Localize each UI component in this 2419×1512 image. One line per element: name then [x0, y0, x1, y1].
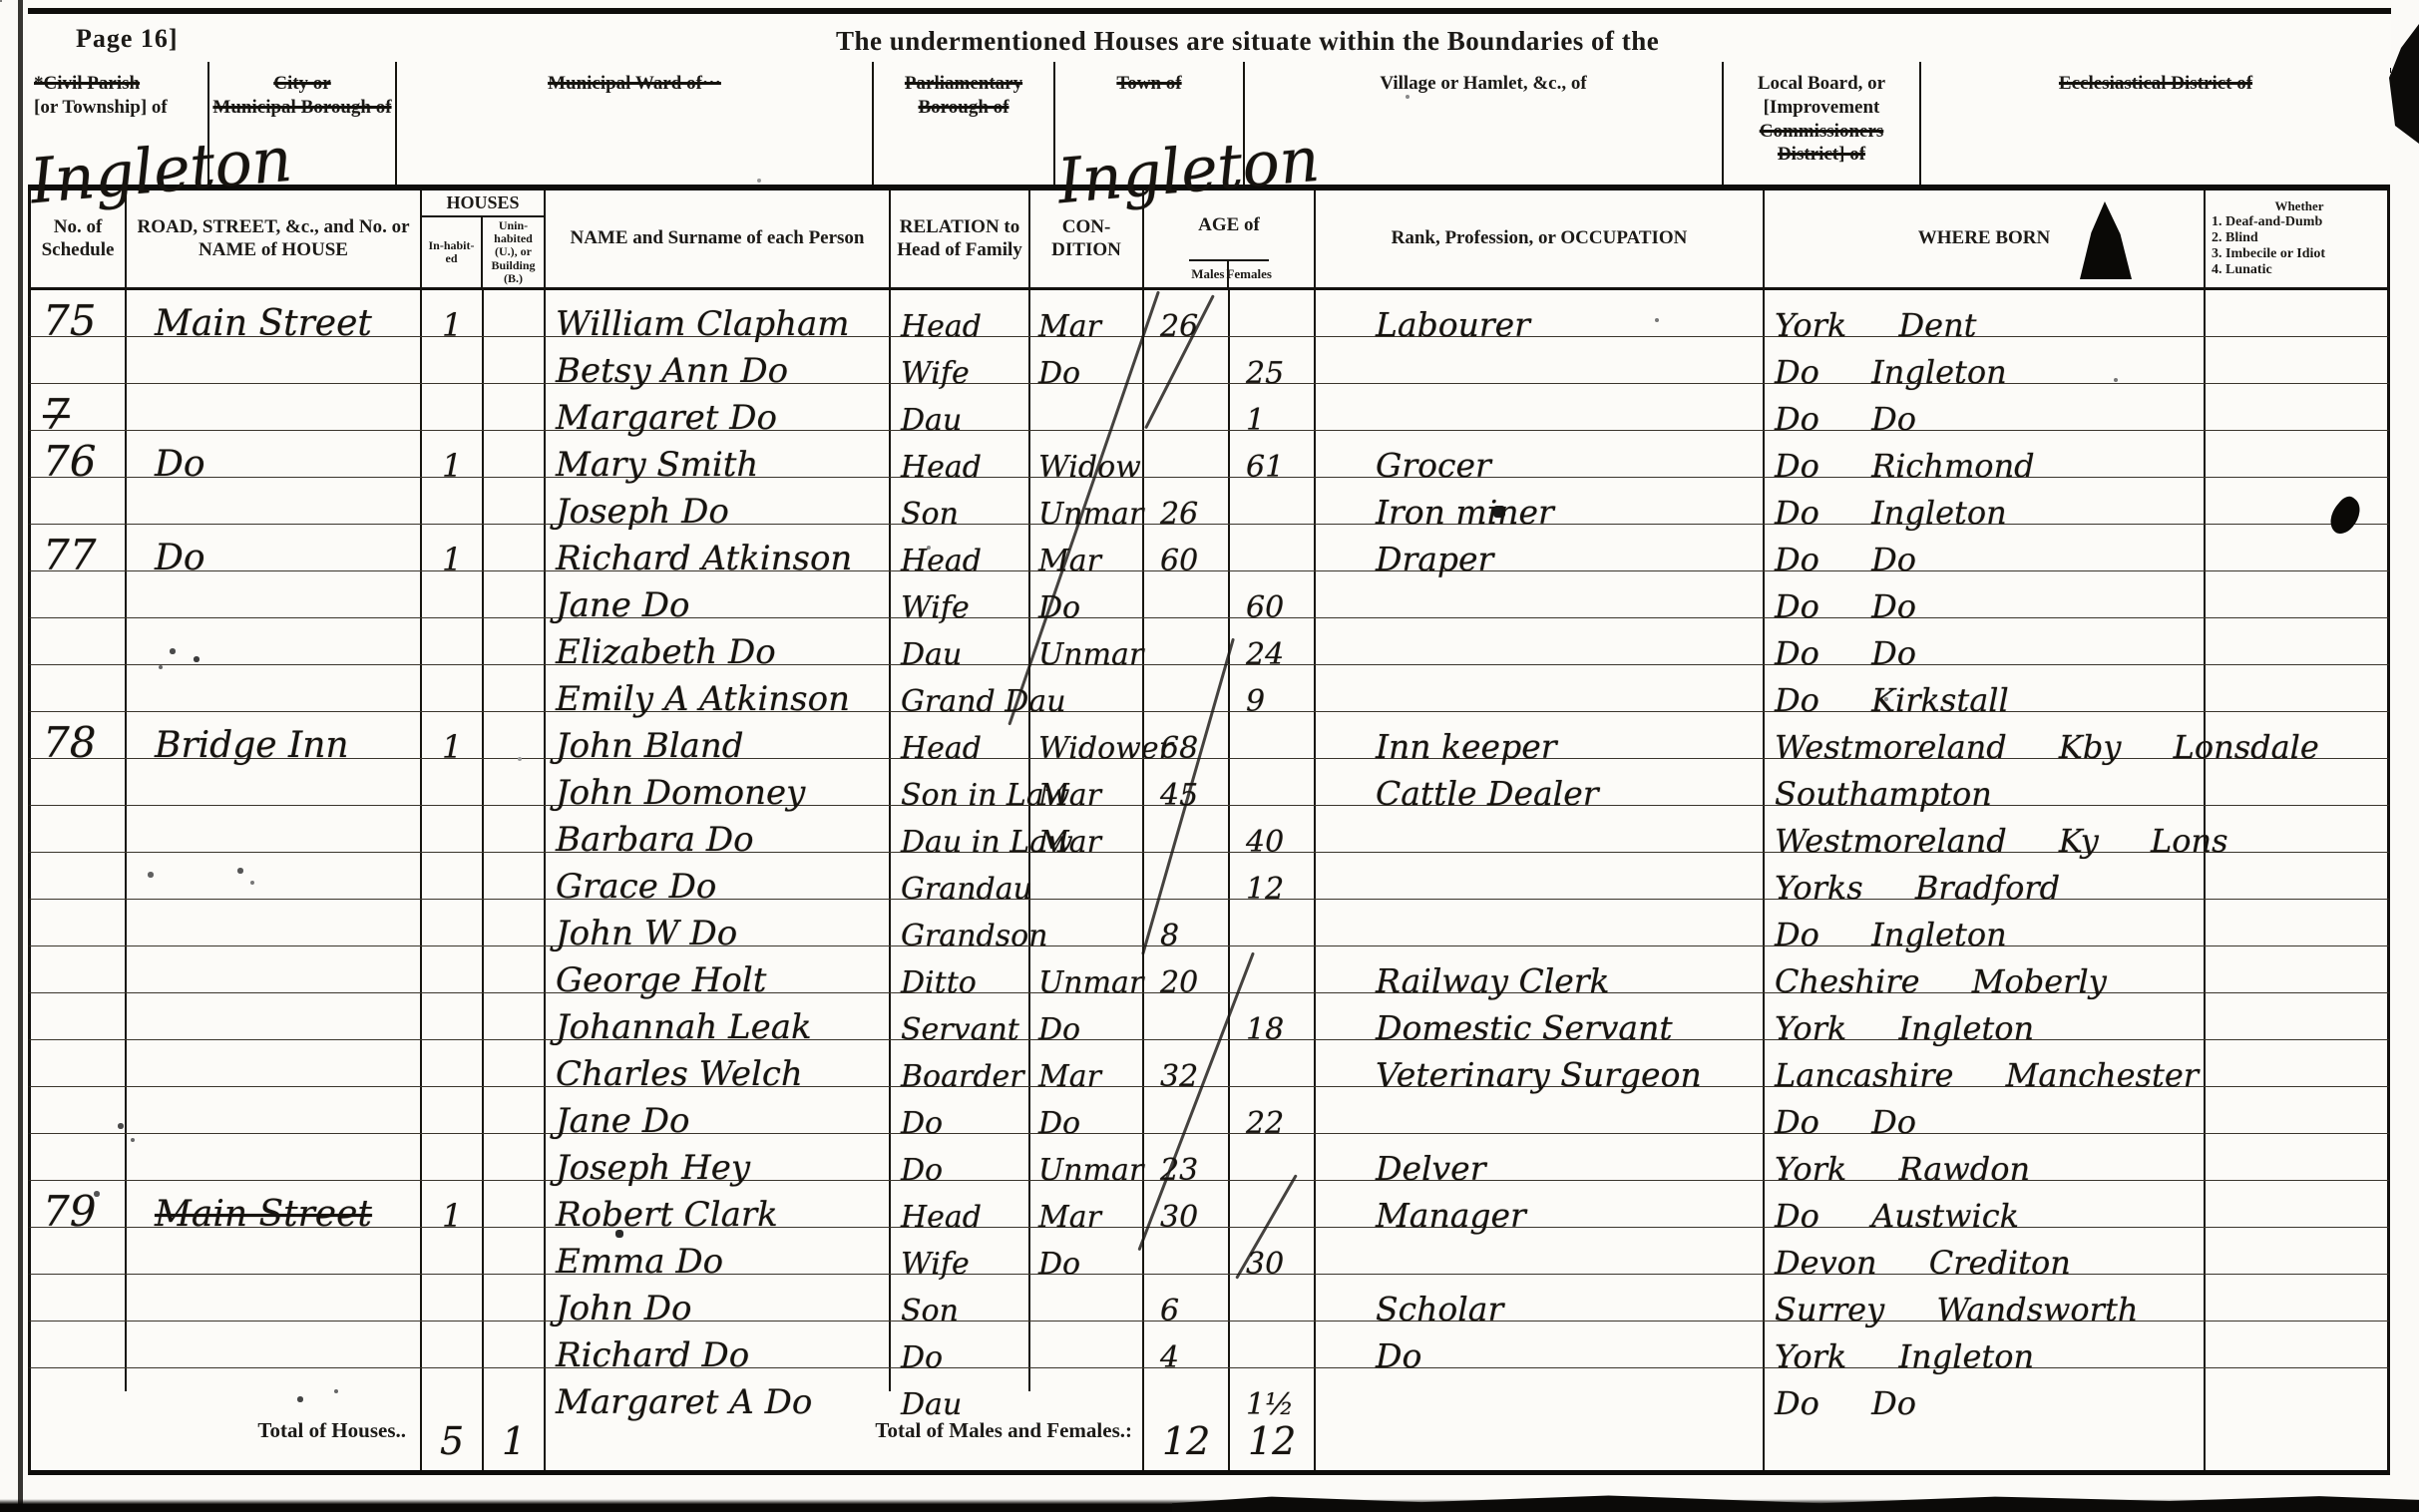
condition-cell-value: Mar	[1030, 1204, 1101, 1231]
district-header-label: Local Board, or [ImprovementCommissioner…	[1724, 72, 1919, 167]
inhabited-cell-value: 1	[422, 452, 462, 481]
uninhabited-cell	[484, 431, 546, 477]
road-cell	[127, 1040, 422, 1086]
district-header-label: Ecclesiastical District of	[1921, 72, 2390, 96]
district-header-cell: Local Board, or [ImprovementCommissioner…	[1724, 62, 1921, 185]
condition-cell-value: Unmar	[1030, 1157, 1143, 1184]
relation-cell-value: Head	[891, 548, 982, 574]
table-row: Joseph DoSonUnmar26Iron minerDo Ingleton	[28, 478, 2390, 525]
total-females-value: 12	[1248, 1424, 1296, 1458]
infirmity-cell	[2206, 384, 2387, 430]
uninhabited-cell	[484, 1228, 546, 1274]
table-row: Richard DoDo4DoYork Ingleton	[28, 1322, 2390, 1368]
inhabited-cell	[422, 1322, 484, 1367]
condition-cell-value: Mar	[1030, 782, 1101, 809]
age-female-cell	[1230, 290, 1316, 336]
age-male-cell-value: 6	[1144, 1298, 1179, 1324]
birthplace-cell-value: Do Do	[1765, 1389, 1916, 1418]
schedule-cell: 78	[31, 712, 127, 758]
inhabited-cell	[422, 993, 484, 1039]
col-condition-label: CON-DITION	[1030, 216, 1142, 262]
age-female-cell: 40	[1230, 806, 1316, 852]
age-female-cell	[1230, 1322, 1316, 1367]
condition-cell-value: Mar	[1030, 829, 1101, 856]
birthplace-cell-value: Surrey Wandsworth	[1765, 1296, 2138, 1324]
occupation-cell-value: Domestic Servant	[1316, 1013, 1673, 1043]
age-male-cell	[1144, 431, 1230, 477]
district-header-label: Parliamentary Borough of	[874, 72, 1053, 120]
name-cell-value: William Clapham	[546, 309, 850, 340]
inhabited-cell	[422, 1040, 484, 1086]
infirmity-cell	[2206, 525, 2387, 570]
road-cell	[127, 993, 422, 1039]
age-female-cell-value: 25	[1230, 360, 1284, 387]
age-male-cell: 6	[1144, 1275, 1230, 1321]
inhabited-cell	[422, 618, 484, 664]
age-female-cell-value: 1	[1230, 407, 1265, 434]
condition-cell-value: Unmar	[1030, 641, 1143, 668]
schedule-cell-value: 79	[31, 1193, 96, 1231]
relation-cell-value: Ditto	[891, 969, 977, 996]
col-inhabited-label: In-habit-ed	[422, 217, 483, 287]
relation-cell-value: Wife	[891, 360, 970, 387]
column-header-row: No. of Schedule ROAD, STREET, &c., and N…	[28, 190, 2390, 290]
age-female-cell-value: 61	[1230, 454, 1284, 481]
birthplace-cell-value: Do Do	[1765, 546, 1916, 574]
road-cell-value: Do	[127, 543, 205, 574]
schedule-cell: 76	[31, 431, 127, 477]
schedule-cell-value: 76	[31, 443, 96, 481]
uninhabited-cell	[484, 806, 546, 852]
schedule-cell-value: 77	[31, 537, 96, 574]
scan-edge-artifact	[2389, 24, 2419, 144]
infirmity-cell	[2206, 853, 2387, 899]
road-cell: Main Street	[127, 290, 422, 336]
occupation-cell: Delver	[1316, 1134, 1765, 1180]
occupation-cell: Inn keeper	[1316, 712, 1765, 758]
road-cell	[127, 1134, 422, 1180]
occupation-cell-value: Draper	[1316, 545, 1493, 574]
schedule-cell	[31, 806, 127, 852]
birthplace-cell-value: York Rawdon	[1765, 1155, 2030, 1184]
age-female-cell-value: 12	[1230, 876, 1284, 903]
age-male-cell-value: 20	[1144, 969, 1198, 996]
age-female-cell	[1230, 946, 1316, 992]
condition-cell-value: Do	[1030, 594, 1080, 621]
scan-speckles	[0, 0, 2, 2]
uninhabited-cell	[484, 525, 546, 570]
uninhabited-cell	[484, 946, 546, 992]
birthplace-cell-value: Devon Crediton	[1765, 1249, 2071, 1278]
table-row: 7Margaret DoDau1Do Do	[28, 384, 2390, 431]
age-female-cell: 25	[1230, 337, 1316, 383]
age-male-cell: 23	[1144, 1134, 1230, 1180]
condition-cell-value: Widow	[1030, 454, 1141, 481]
col-header-occupation: Rank, Profession, or OCCUPATION	[1316, 190, 1765, 287]
uninhabited-cell	[484, 618, 546, 664]
name-cell: William Clapham	[546, 290, 891, 336]
col-header-born: WHERE BORN	[1765, 190, 2206, 287]
condition-cell-value: Do	[1030, 1110, 1080, 1137]
inhabited-cell: 1	[422, 431, 484, 477]
col-name-label: NAME and Surname of each Person	[566, 227, 868, 250]
col-born-label: WHERE BORN	[1914, 227, 2055, 250]
relation-cell-value: Dau	[891, 407, 962, 434]
uninhabited-cell	[484, 665, 546, 711]
road-cell	[127, 806, 422, 852]
age-female-cell-value: 18	[1230, 1016, 1284, 1043]
relation-cell: Head	[891, 290, 1030, 336]
age-female-cell: 22	[1230, 1087, 1316, 1133]
table-row: 79Main Street1Robert ClarkHeadMar30Manag…	[28, 1181, 2390, 1228]
road-cell	[127, 571, 422, 617]
schedule-cell	[31, 1275, 127, 1321]
road-cell	[127, 478, 422, 524]
table-row: John DomoneySon in LawMar45Cattle Dealer…	[28, 759, 2390, 806]
inhabited-cell-value: 1	[422, 1202, 462, 1231]
age-female-cell: 18	[1230, 993, 1316, 1039]
col-infirmity-line: 4. Lunatic	[2212, 262, 2272, 278]
table-row: John DoSon6ScholarSurrey Wandsworth	[28, 1275, 2390, 1322]
uninhabited-cell	[484, 478, 546, 524]
occupation-cell: Scholar	[1316, 1275, 1765, 1321]
infirmity-cell	[2206, 1087, 2387, 1133]
condition-cell-value: Unmar	[1030, 969, 1143, 996]
age-female-cell	[1230, 525, 1316, 570]
inhabited-cell: 1	[422, 290, 484, 336]
age-male-cell-value: 26	[1144, 501, 1198, 528]
name-cell-value: Johannah Leak	[546, 1012, 812, 1043]
age-male-cell: 4	[1144, 1322, 1230, 1367]
condition-cell-value: Mar	[1030, 1063, 1101, 1090]
road-cell: Main Street	[127, 1181, 422, 1227]
relation-cell-value: Head	[891, 1204, 982, 1231]
infirmity-cell	[2206, 618, 2387, 664]
schedule-cell-value: 78	[31, 724, 96, 762]
col-road-label: ROAD, STREET, &c., and No. or NAME of HO…	[127, 216, 420, 262]
birthplace-cell: York Dent	[1765, 290, 2206, 336]
col-houses-label: HOUSES	[422, 190, 544, 217]
relation-cell-value: Grandau	[891, 876, 1032, 903]
col-occupation-label: Rank, Profession, or OCCUPATION	[1388, 227, 1692, 250]
road-cell	[127, 1275, 422, 1321]
occupation-cell-value: Veterinary Surgeon	[1316, 1060, 1702, 1090]
birthplace-cell-value: Southampton	[1765, 780, 1992, 809]
name-cell-value: John Bland	[546, 731, 744, 762]
totals-row: Total of Houses.. 5 1 Total of Males and…	[28, 1391, 2390, 1475]
total-inhabited-value: 5	[440, 1424, 464, 1458]
birthplace-cell-value: York Ingleton	[1765, 1014, 2034, 1043]
district-header-label: Town of	[1055, 72, 1243, 96]
road-cell: Bridge Inn	[127, 712, 422, 758]
total-males-cell: 12	[1144, 1391, 1230, 1470]
relation-cell-value: Head	[891, 454, 982, 481]
inhabited-cell	[422, 1134, 484, 1180]
col-infirmity-line: Whether	[2274, 199, 2323, 214]
infirmity-cell	[2206, 1275, 2387, 1321]
inhabited-cell	[422, 806, 484, 852]
road-cell-value: Main Street	[127, 308, 372, 340]
condition-cell: Widow	[1030, 431, 1144, 477]
age-female-cell	[1230, 1181, 1316, 1227]
birthplace-cell-value: Do Ingleton	[1765, 499, 2007, 528]
col-infirmity-line: 3. Imbecile or Idiot	[2212, 246, 2325, 262]
occupation-cell-value: Manager	[1316, 1201, 1526, 1231]
relation-cell-value: Grandson	[891, 923, 1048, 949]
occupation-cell: Railway Clerk	[1316, 946, 1765, 992]
relation-cell-value: Boarder	[891, 1063, 1024, 1090]
table-row: Joseph HeyDoUnmar23DelverYork Rawdon	[28, 1134, 2390, 1181]
infirmity-cell	[2206, 478, 2387, 524]
uninhabited-cell	[484, 993, 546, 1039]
name-cell-value: Joseph Hey	[546, 1153, 750, 1184]
district-header-cell: Town ofIngleton	[1055, 62, 1245, 185]
birthplace-cell-value: Do Do	[1765, 1108, 1916, 1137]
table-row: 77Do1Richard AtkinsonHeadMar60DraperDo D…	[28, 525, 2390, 571]
infirmity-cell	[2206, 337, 2387, 383]
relation-cell-value: Do	[891, 1344, 943, 1371]
condition-cell-value: Mar	[1030, 313, 1101, 340]
col-males-label: Males	[1189, 261, 1229, 287]
occupation-cell	[1316, 853, 1765, 899]
infirmity-cell	[2206, 946, 2387, 992]
district-header-label: Village or Hamlet, &c., of	[1245, 72, 1722, 96]
name-cell-value: Emily A Atkinson	[546, 684, 850, 715]
birthplace-cell-value: York Dent	[1765, 311, 1977, 340]
name-cell-value: Margaret Do	[546, 403, 777, 434]
age-female-cell-value: 22	[1230, 1110, 1284, 1137]
road-cell	[127, 1322, 422, 1367]
birthplace-cell-value: Do Do	[1765, 592, 1916, 621]
road-cell	[127, 1228, 422, 1274]
age-female-cell-value: 40	[1230, 829, 1284, 856]
schedule-cell	[31, 1322, 127, 1367]
schedule-cell	[31, 1087, 127, 1133]
occupation-cell-value: Inn keeper	[1316, 732, 1557, 762]
col-females-label: Females	[1229, 261, 1269, 287]
table-row: Grace DoGrandau12Yorks Bradford	[28, 853, 2390, 900]
infirmity-cell	[2206, 1040, 2387, 1086]
uninhabited-cell	[484, 337, 546, 383]
relation-cell-value: Wife	[891, 594, 970, 621]
relation-cell-value: Head	[891, 735, 982, 762]
inhabited-cell	[422, 900, 484, 945]
schedule-cell-value: 7	[31, 396, 70, 434]
infirmity-cell	[2206, 993, 2387, 1039]
inhabited-cell	[422, 1275, 484, 1321]
relation-cell-value: Head	[891, 313, 982, 340]
road-cell	[127, 853, 422, 899]
relation-cell-value: Do	[891, 1110, 943, 1137]
col-header-houses: HOUSES In-habit-ed Unin-habited (U.), or…	[422, 190, 546, 287]
total-uninhabited-cell: 1	[484, 1391, 546, 1470]
inhabited-cell	[422, 665, 484, 711]
condition-cell: Mar	[1030, 290, 1144, 336]
inhabited-cell	[422, 946, 484, 992]
relation-cell-value: Do	[891, 1157, 943, 1184]
condition-cell-value: Do	[1030, 1251, 1080, 1278]
district-header-cell: Municipal Ward of···	[397, 62, 874, 185]
birthplace-cell-value: Do Kirkstall	[1765, 686, 2009, 715]
schedule-cell	[31, 1134, 127, 1180]
infirmity-cell	[2206, 1322, 2387, 1367]
table-row: Barbara DoDau in LawMar40Westmoreland Ky…	[28, 806, 2390, 853]
district-header-cell: Parliamentary Borough of	[874, 62, 1055, 185]
name-cell-value: Joseph Do	[546, 497, 729, 528]
occupation-cell-value: Iron miner	[1316, 498, 1554, 528]
condition-cell-value: Do	[1030, 360, 1080, 387]
road-cell-value: Do	[127, 449, 205, 481]
col-infirmity-line: 2. Blind	[2212, 230, 2258, 246]
relation-cell-value: Son	[891, 501, 959, 528]
age-female-cell: 60	[1230, 571, 1316, 617]
uninhabited-cell	[484, 853, 546, 899]
infirmity-cell	[2206, 571, 2387, 617]
district-header: *Civil Parish[or Township] ofIngletonCit…	[28, 62, 2390, 190]
age-female-cell-value: 1½	[1230, 1391, 1294, 1418]
table-row: Johannah LeakServantDo18Domestic Servant…	[28, 993, 2390, 1040]
occupation-cell	[1316, 384, 1765, 430]
schedule-cell	[31, 946, 127, 992]
relation-cell-value: Son	[891, 1298, 959, 1324]
col-uninhabited-label: Unin-habited (U.), or Building (B.)	[483, 217, 544, 287]
road-cell: Do	[127, 525, 422, 570]
occupation-cell-value: Cattle Dealer	[1316, 779, 1599, 809]
name-cell-value: Betsy Ann Do	[546, 356, 788, 387]
infirmity-cell	[2206, 1134, 2387, 1180]
table-body: 75Main Street1William ClaphamHeadMar26La…	[28, 290, 2390, 1415]
age-female-cell: 61	[1230, 431, 1316, 477]
uninhabited-cell	[484, 900, 546, 945]
table-row: Jane DoWifeDo60Do Do	[28, 571, 2390, 618]
road-cell	[127, 665, 422, 711]
inhabited-cell: 1	[422, 525, 484, 570]
infirmity-cell	[2206, 431, 2387, 477]
age-female-cell-value: 9	[1230, 688, 1265, 715]
district-header-label: City orMunicipal Borough of	[209, 72, 395, 120]
schedule-cell	[31, 618, 127, 664]
birthplace-cell-value: Do Austwick	[1765, 1202, 2019, 1231]
census-sheet: Page 16] The undermentioned Houses are s…	[0, 0, 2419, 1512]
name-cell-value: Margaret A Do	[546, 1387, 812, 1418]
road-cell: Do	[127, 431, 422, 477]
road-cell	[127, 1087, 422, 1133]
birthplace-cell-value: Yorks Bradford	[1765, 874, 2060, 903]
road-cell-value: Bridge Inn	[127, 730, 349, 762]
col-relation-label: RELATION to Head of Family	[891, 216, 1028, 262]
name-cell-value: George Holt	[546, 965, 766, 996]
name-cell-value: Richard Do	[546, 1340, 749, 1371]
totals-empty-cell	[1316, 1391, 1765, 1470]
uninhabited-cell	[484, 571, 546, 617]
name-cell-value: Jane Do	[546, 1106, 689, 1137]
totals-empty-cell	[2206, 1391, 2387, 1470]
road-cell	[127, 384, 422, 430]
table-row: John W DoGrandson8Do Ingleton	[28, 900, 2390, 946]
condition-cell-value: Do	[1030, 1016, 1080, 1043]
birthplace-cell-value: Do Do	[1765, 639, 1916, 668]
birthplace-cell-value: Do Ingleton	[1765, 921, 2007, 949]
road-cell	[127, 900, 422, 945]
road-cell-value: Main Street	[127, 1199, 372, 1231]
occupation-cell	[1316, 618, 1765, 664]
table-row: Elizabeth DoDauUnmar24Do Do	[28, 618, 2390, 665]
age-male-cell: 26	[1144, 478, 1230, 524]
age-male-cell-value: 4	[1144, 1344, 1179, 1371]
infirmity-cell	[2206, 1228, 2387, 1274]
infirmity-cell	[2206, 806, 2387, 852]
schedule-cell	[31, 853, 127, 899]
infirmity-cell	[2206, 1181, 2387, 1227]
occupation-cell: Labourer	[1316, 290, 1765, 336]
birthplace-cell-value: Cheshire Moberly	[1765, 967, 2107, 996]
occupation-cell-value: Grocer	[1316, 451, 1491, 481]
infirmity-cell	[2206, 665, 2387, 711]
name-cell-value: Barbara Do	[546, 825, 754, 856]
infirmity-cell	[2206, 290, 2387, 336]
birthplace-cell-value: Lancashire Manchester	[1765, 1061, 2199, 1090]
occupation-cell	[1316, 900, 1765, 945]
road-cell	[127, 337, 422, 383]
birthplace-cell-value: Westmoreland Ky Lons	[1765, 827, 2228, 856]
occupation-cell	[1316, 665, 1765, 711]
age-male-cell	[1144, 618, 1230, 664]
age-male-cell: 68	[1144, 712, 1230, 758]
total-houses-label: Total of Houses..	[31, 1391, 422, 1470]
occupation-cell: Grocer	[1316, 431, 1765, 477]
schedule-cell	[31, 993, 127, 1039]
age-female-cell-value: 60	[1230, 594, 1284, 621]
table-row: Emma DoWifeDo30Devon Crediton	[28, 1228, 2390, 1275]
name-cell-value: Elizabeth Do	[546, 637, 776, 668]
uninhabited-cell	[484, 759, 546, 805]
age-male-cell	[1144, 853, 1230, 899]
infirmity-cell	[2206, 900, 2387, 945]
condition-cell-value: Unmar	[1030, 501, 1143, 528]
occupation-cell-value: Delver	[1316, 1154, 1486, 1184]
uninhabited-cell	[484, 1322, 546, 1367]
table-row: George HoltDittoUnmar20Railway ClerkChes…	[28, 946, 2390, 993]
page-number: Page 16]	[76, 24, 179, 54]
col-header-relation: RELATION to Head of Family	[891, 190, 1030, 287]
col-header-name: NAME and Surname of each Person	[546, 190, 891, 287]
schedule-cell: 79	[31, 1181, 127, 1227]
age-male-cell-value: 68	[1144, 735, 1198, 762]
table-row: 75Main Street1William ClaphamHeadMar26La…	[28, 290, 2390, 337]
schedule-cell: 7	[31, 384, 127, 430]
schedule-cell	[31, 665, 127, 711]
name-cell-value: John W Do	[546, 919, 737, 949]
col-schedule-label: No. of Schedule	[31, 216, 125, 262]
uninhabited-cell	[484, 1134, 546, 1180]
inhabited-cell	[422, 384, 484, 430]
relation-cell-value: Servant	[891, 1016, 1019, 1043]
birthplace-cell-value: York Ingleton	[1765, 1342, 2034, 1371]
road-cell	[127, 946, 422, 992]
birthplace-cell-value: Do Do	[1765, 405, 1916, 434]
relation-cell-value: Dau	[891, 641, 962, 668]
birthplace-cell-value: Do Ingleton	[1765, 358, 2007, 387]
table-row: Jane DoDoDo22Do Do	[28, 1087, 2390, 1134]
inhabited-cell-value: 1	[422, 546, 462, 574]
uninhabited-cell	[484, 384, 546, 430]
age-male-cell-value: 32	[1144, 1063, 1198, 1090]
relation-cell-value: Wife	[891, 1251, 970, 1278]
inhabited-cell: 1	[422, 1181, 484, 1227]
name-cell-value: Charles Welch	[546, 1059, 803, 1090]
district-header-handwritten-value: Ingleton	[28, 132, 294, 209]
occupation-cell-value: Do	[1316, 1341, 1421, 1371]
